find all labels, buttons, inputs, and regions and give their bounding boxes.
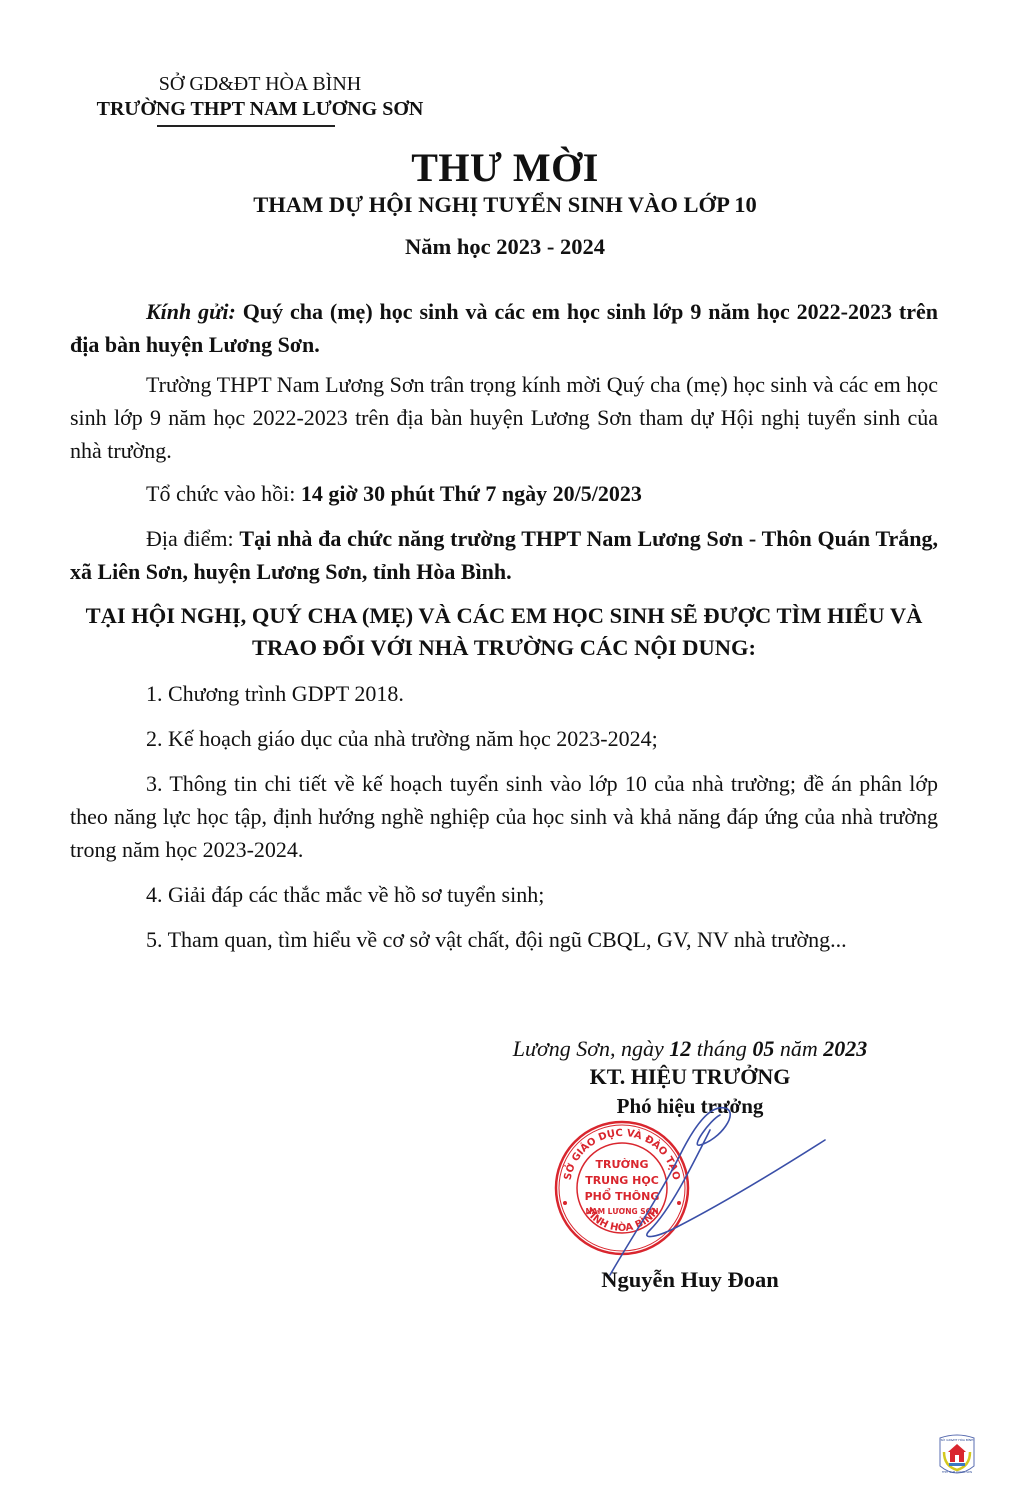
agenda-item: 1. Chương trình GDPT 2018. [70, 677, 938, 710]
invitation-paragraph: Trường THPT Nam Lương Sơn trân trọng kín… [70, 368, 938, 467]
signer-role: KT. HIỆU TRƯỞNG [470, 1063, 910, 1091]
agenda-item: 3. Thông tin chi tiết về kế hoạch tuyển … [70, 767, 938, 866]
signing-place: Lương Sơn, ngày [513, 1036, 664, 1061]
agenda-item: 2. Kế hoạch giáo dục của nhà trường năm … [70, 722, 938, 755]
document-title: THƯ MỜI [0, 145, 1010, 191]
handwritten-signature-icon [560, 1100, 830, 1280]
signer-name: Nguyễn Huy Đoan [470, 1265, 910, 1295]
signing-month: 05 [752, 1036, 774, 1061]
svg-text:SỞ GD&ĐT HÒA BÌNH: SỞ GD&ĐT HÒA BÌNH [941, 1437, 974, 1442]
salutation-label: Kính gửi: [146, 299, 236, 324]
header-underline [157, 125, 335, 127]
event-time-value: 14 giờ 30 phút Thứ 7 ngày 20/5/2023 [301, 481, 642, 506]
agenda-heading: TẠI HỘI NGHỊ, QUÝ CHA (MẸ) VÀ CÁC EM HỌC… [70, 600, 938, 664]
signing-year-label: năm [780, 1036, 818, 1061]
event-place: Địa điểm: Tại nhà đa chức năng trường TH… [70, 522, 938, 588]
signing-month-label: tháng [697, 1036, 747, 1061]
signing-date: Lương Sơn, ngày 12 tháng 05 năm 2023 [470, 1035, 910, 1063]
svg-text:THPT NAM LƯƠNG SƠN: THPT NAM LƯƠNG SƠN [942, 1470, 972, 1474]
agenda-item: 4. Giải đáp các thắc mắc về hồ sơ tuyển … [70, 878, 938, 911]
event-time-label: Tổ chức vào hồi: [146, 481, 295, 506]
signing-day: 12 [669, 1036, 691, 1061]
agenda-item: 5. Tham quan, tìm hiểu về cơ sở vật chất… [70, 923, 938, 956]
school-year: Năm học 2023 - 2024 [0, 232, 1010, 262]
document-subtitle: THAM DỰ HỘI NGHỊ TUYỂN SINH VÀO LỚP 10 [0, 190, 1010, 220]
school-name: TRƯỜNG THPT NAM LƯƠNG SƠN [60, 97, 460, 121]
salutation: Kính gửi: Quý cha (mẹ) học sinh và các e… [70, 295, 938, 361]
event-time: Tổ chức vào hồi: 14 giờ 30 phút Thứ 7 ng… [70, 477, 938, 510]
event-place-label: Địa điểm: [146, 526, 234, 551]
school-logo-icon: SỞ GD&ĐT HÒA BÌNH THPT NAM LƯƠNG SƠN [936, 1432, 978, 1480]
department-name: SỞ GD&ĐT HÒA BÌNH [60, 72, 460, 96]
signing-year: 2023 [823, 1036, 867, 1061]
